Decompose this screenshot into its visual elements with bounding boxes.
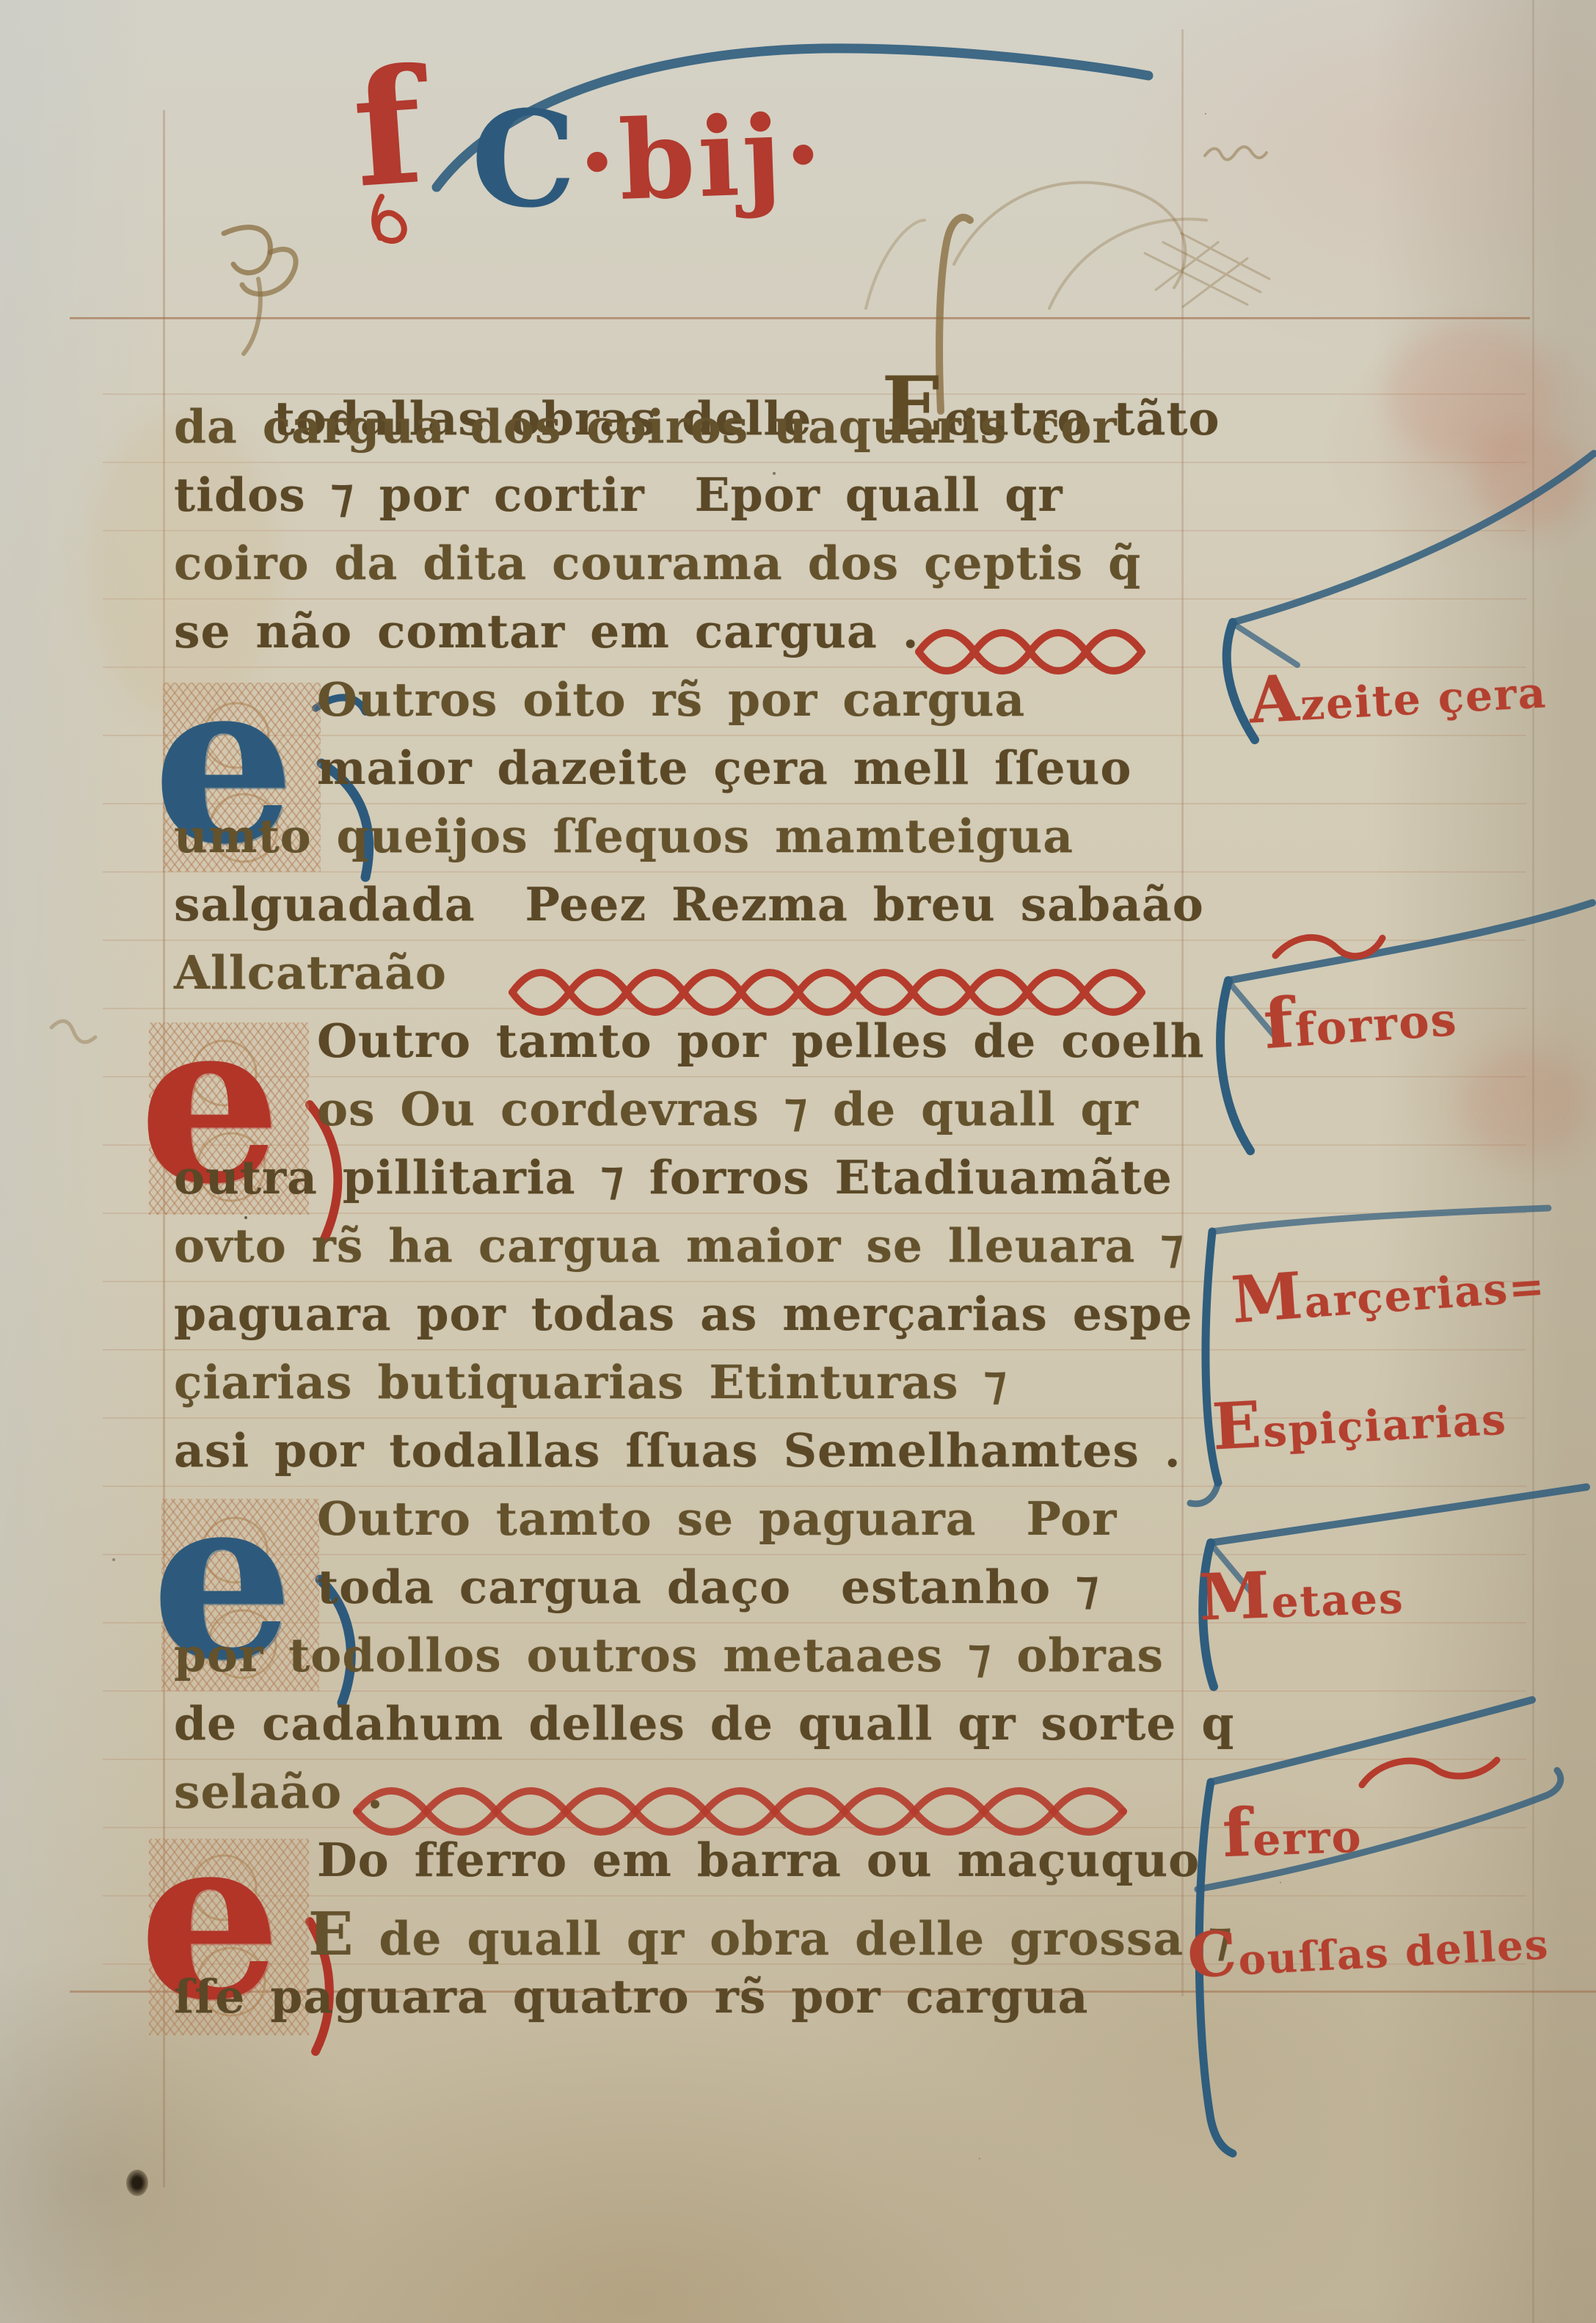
top-margin-rule [70,317,1530,319]
rubric-metaes: Metaes [1198,1552,1405,1635]
ink-blot [126,2170,148,2196]
text-line: ovto rs̃ ha cargua maior se lleuara ⁊ [174,1221,1184,1270]
rubric-espiciarias: Espiçiarias [1211,1374,1509,1465]
text-line: toda cargua daço estanho ⁊ [317,1563,1099,1611]
text-line: de cadahum delles de quall qr sorte q [174,1699,1234,1748]
text-line: Outro tamto se paguara Por [317,1494,1117,1543]
text-line: Allcatraão [174,948,447,997]
rubric-azeite-cera: Azeite çera [1247,647,1548,738]
text-line: tidos ⁊ por cortir Epor quall qr [174,470,1063,519]
red-offset-stain [1475,433,1585,528]
text-line: ſſe paguara quatro rs̃ por cargua [174,1972,1088,2021]
text-line: por todollos outros metaaes ⁊ obras [174,1631,1164,1679]
text-line: Do fferro em barra ou maçuquo [317,1836,1200,1884]
text-line: çiarias butiquarias Etinturas ⁊ [174,1358,1007,1406]
text-line: os Ou cordevras ⁊ de quall qr [317,1085,1139,1133]
manuscript-page: f C ·bij· e e e e todallas obras delleEo… [0,0,1596,2323]
text-line: Outros oito rs̃ por cargua [317,675,1025,724]
text-line: da cargua dos coiros uaquaris cor [174,402,1118,451]
text-line: umto queijos ſſequos mamteigua [174,812,1074,860]
rubric-forros: fforros [1261,971,1460,1064]
text-line: salguadada Peez Rezma breu sabaão [174,880,1204,928]
text-line: asi por todallas ſſuas Semelhamtes . [174,1426,1181,1475]
text-line: maior dazeite çera mell ſſeuo [317,744,1132,792]
red-offset-stain [1460,1050,1585,1160]
text-line: paguara por todas as merçarias espe [174,1290,1192,1338]
rubric-ferro: ferro [1221,1790,1363,1873]
text-line: Outro tamto por pelles de coelh [317,1017,1205,1065]
ink-specks [0,0,4,4]
text-line: E de quall qr obra delle grossa ⁊ [308,1904,1232,1966]
text-line: se não comtar em cargua . [174,607,919,655]
text-line: selaão . [174,1767,384,1816]
folio-numeral: ·bij· [576,90,827,226]
folio-letter-f: f [347,33,428,223]
text-line: coiro da dita courama dos çeptis q̃ [174,539,1141,587]
text-line: outra pillitaria ⁊ forros Etadiuamãte [174,1153,1173,1202]
folio-letter-c: C [471,82,576,237]
